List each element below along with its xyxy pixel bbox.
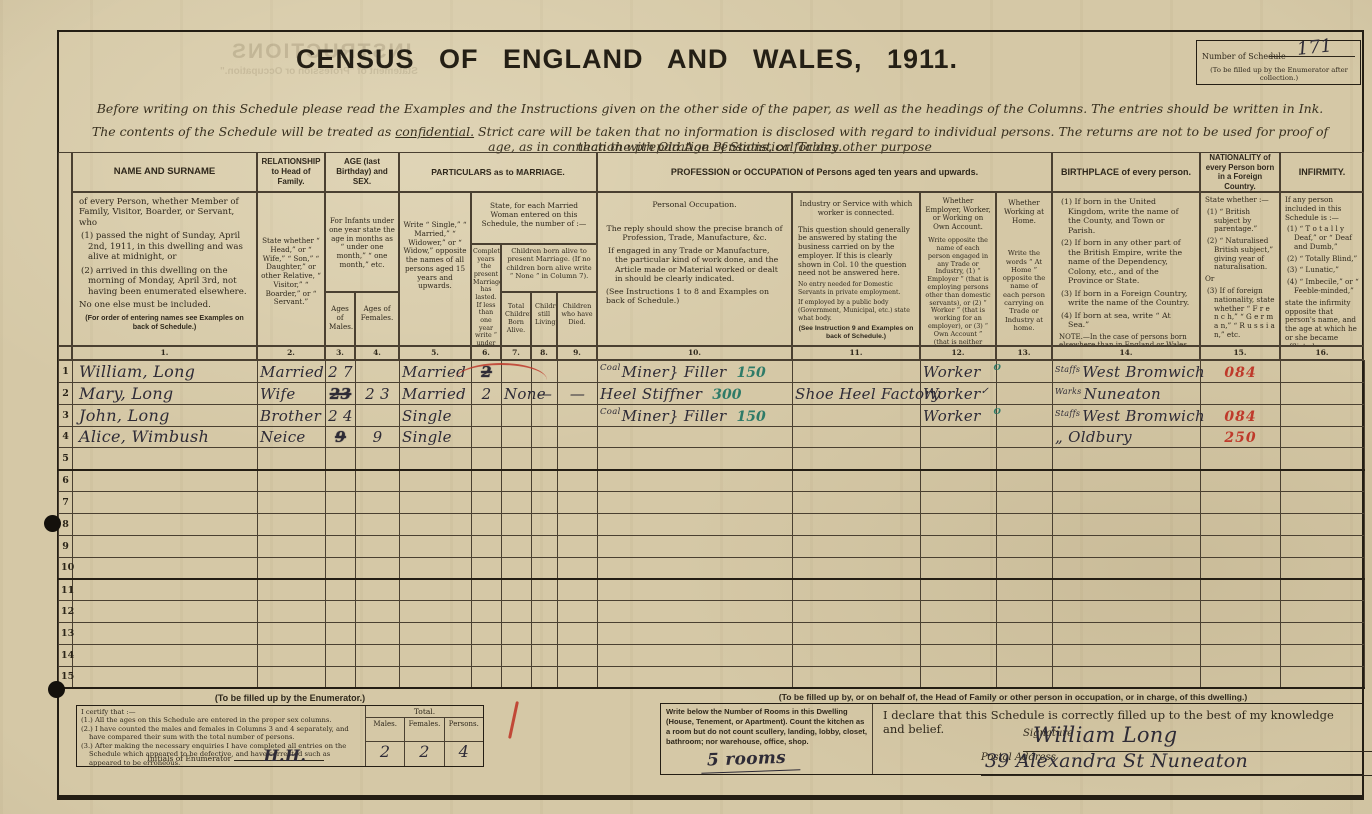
table-row: 1William, LongMarried2 7Married2CoalMine… xyxy=(59,361,1365,383)
cell-col-2 xyxy=(258,448,326,470)
table-row: 14 xyxy=(59,644,1365,666)
cell-col-8 xyxy=(532,404,558,426)
nationality-intro: State whether :— xyxy=(1205,196,1275,205)
cell-col-10 xyxy=(598,623,793,645)
occupation-subtitle: Personal Occupation. xyxy=(606,200,783,210)
cell-col-10 xyxy=(598,666,793,688)
cell-col-6 xyxy=(472,448,502,470)
cell-col-12 xyxy=(921,644,997,666)
infirmity-item1: (1) “ T o t a l l y Deaf,” or “ Deaf and… xyxy=(1285,225,1359,251)
cell-col-13 xyxy=(997,470,1053,492)
cell-col-5 xyxy=(400,623,472,645)
cell-col-16 xyxy=(1281,492,1365,514)
cell-col-9 xyxy=(558,601,598,623)
cell-col-12 xyxy=(921,492,997,514)
cell-col-9 xyxy=(558,448,598,470)
row-number: 13 xyxy=(59,623,73,645)
handwritten-entry: Married xyxy=(402,385,466,403)
handwritten-entry: O xyxy=(991,363,1001,373)
schedule-number-box: Number of Schedule 171 (To be filled up … xyxy=(1196,40,1361,85)
cell-col-14 xyxy=(1053,470,1201,492)
colnum-5: 5. xyxy=(399,346,471,360)
col-header-birthplace-title: BIRTHPLACE of every person. xyxy=(1052,152,1200,192)
cell-col-2 xyxy=(258,513,326,535)
cell-col-10: CoalMiner} Filler150 xyxy=(598,404,793,426)
cell-col-7 xyxy=(502,644,532,666)
cell-col-6 xyxy=(472,404,502,426)
infirmity-item2: (2) “ Totally Blind,” xyxy=(1285,255,1359,264)
cell-col-14 xyxy=(1053,557,1201,579)
handwritten-entry: Heel Stiffner xyxy=(600,385,702,403)
cell-col-15 xyxy=(1201,513,1281,535)
colnum-15: 15. xyxy=(1200,346,1280,360)
cell-col-1: Alice, Wimbush xyxy=(73,426,258,448)
col-desc-age: For Infants under one year state the age… xyxy=(325,192,399,292)
married-women-note: State, for each Married Woman entered on… xyxy=(471,192,597,244)
colnum-11: 11. xyxy=(792,346,920,360)
cell-col-8 xyxy=(532,601,558,623)
handwritten-entry: Worker xyxy=(923,407,981,425)
cell-col-4: 2 3 xyxy=(356,382,400,404)
cell-col-1 xyxy=(73,557,258,579)
handwritten-entry: Brother xyxy=(260,407,321,425)
cell-col-9 xyxy=(558,666,598,688)
cell-col-16 xyxy=(1281,666,1365,688)
col-desc-birthplace: (1) If born in the United Kingdom, write… xyxy=(1052,192,1200,346)
schedule-number-note: (To be filled up by the Enumerator after… xyxy=(1202,67,1356,83)
cell-col-7 xyxy=(502,666,532,688)
col-desc-industry: Industry or Service with which worker is… xyxy=(792,192,920,346)
cell-col-1 xyxy=(73,492,258,514)
cell-col-1: Mary, Long xyxy=(73,382,258,404)
industry-desc2: No entry needed for Domestic Servants in… xyxy=(798,281,914,296)
handwritten-entry: 250 xyxy=(1224,430,1256,446)
cell-col-2: Married xyxy=(258,361,326,383)
infirmity-item3: (3) “ Lunatic,” xyxy=(1285,266,1359,275)
colnum-7: 7. xyxy=(501,346,531,360)
cell-col-12 xyxy=(921,557,997,579)
cell-col-5 xyxy=(400,644,472,666)
handwritten-entry: Staffs xyxy=(1055,365,1080,374)
cell-col-9 xyxy=(558,470,598,492)
enumerator-totals: Total. Males. Females. Persons. 2 2 4 xyxy=(365,706,483,766)
cell-col-13 xyxy=(997,513,1053,535)
col-header-rownum xyxy=(58,152,72,346)
cell-col-8 xyxy=(532,623,558,645)
cell-col-8 xyxy=(532,513,558,535)
colnum-8: 8. xyxy=(531,346,557,360)
cell-col-6 xyxy=(472,644,502,666)
cell-col-3: 2 7 xyxy=(326,361,356,383)
handwritten-entry: Worker xyxy=(923,363,981,381)
cell-col-7 xyxy=(502,404,532,426)
cell-col-5 xyxy=(400,601,472,623)
birthplace-note: NOTE.—In the case of persons born elsewh… xyxy=(1059,333,1193,347)
rooms-cell: Write below the Number of Rooms in this … xyxy=(661,704,873,774)
cell-col-9 xyxy=(558,426,598,448)
col-desc-years-married: Completed years the present Marriage has… xyxy=(471,244,501,346)
handwritten-entry: Worker xyxy=(923,385,981,403)
handwritten-entry: 150 xyxy=(737,365,766,381)
cell-col-5 xyxy=(400,535,472,557)
initials-label: Initials of Enumerator xyxy=(147,754,231,763)
totals-value-females: 2 xyxy=(419,742,429,761)
handwritten-entry: Coal xyxy=(600,363,621,373)
certify-intro: I certify that :— xyxy=(81,708,361,716)
cell-col-10: Heel Stiffner300 xyxy=(598,382,793,404)
table-row: 3John, LongBrother2 4SingleCoalMiner} Fi… xyxy=(59,404,1365,426)
cell-col-8 xyxy=(532,426,558,448)
cell-col-13 xyxy=(997,382,1053,404)
initials-row: Initials of Enumerator H.H. xyxy=(147,754,359,763)
handwritten-entry: Alice, Wimbush xyxy=(75,427,209,446)
handwritten-entry: 23 xyxy=(330,385,351,403)
row-number: 7 xyxy=(59,492,73,514)
colnum-2: 2. xyxy=(257,346,325,360)
handwritten-entry: Coal xyxy=(600,407,621,417)
cell-col-8 xyxy=(532,448,558,470)
totals-value-persons: 4 xyxy=(459,742,469,761)
handwritten-entry: 084 xyxy=(1224,409,1256,425)
cell-col-1 xyxy=(73,579,258,601)
cell-col-14: StaffsWest Bromwich xyxy=(1053,361,1201,383)
cell-col-4 xyxy=(356,404,400,426)
cell-col-12 xyxy=(921,579,997,601)
cell-col-9: — xyxy=(558,382,598,404)
cell-col-6 xyxy=(472,426,502,448)
cell-col-3: 2 4 xyxy=(326,404,356,426)
cell-col-10 xyxy=(598,513,793,535)
colnum-12: 12. xyxy=(920,346,996,360)
cell-col-7 xyxy=(502,535,532,557)
cell-col-6 xyxy=(472,666,502,688)
cell-col-7 xyxy=(502,601,532,623)
totals-col-females: Females. xyxy=(405,718,444,742)
cell-col-3: 9 xyxy=(326,426,356,448)
cell-col-16 xyxy=(1281,448,1365,470)
cell-col-15 xyxy=(1201,644,1281,666)
cell-col-3 xyxy=(326,666,356,688)
cell-col-10: CoalMiner} Filler150 xyxy=(598,361,793,383)
cell-col-6: 2 xyxy=(472,382,502,404)
cell-col-15 xyxy=(1201,492,1281,514)
handwritten-entry: — xyxy=(570,385,585,403)
cell-col-10 xyxy=(598,601,793,623)
cell-col-9 xyxy=(558,361,598,383)
cell-col-1 xyxy=(73,644,258,666)
cell-col-10 xyxy=(598,426,793,448)
handwritten-entry: 9 xyxy=(335,428,346,446)
col-header-age-title: AGE (last Birthday) and SEX. xyxy=(325,152,399,192)
cell-col-10 xyxy=(598,492,793,514)
handwritten-entry: West Bromwich xyxy=(1082,407,1205,425)
cell-col-2 xyxy=(258,623,326,645)
cell-col-12 xyxy=(921,666,997,688)
cell-col-1 xyxy=(73,470,258,492)
cell-col-12 xyxy=(921,601,997,623)
cell-col-15: 084 xyxy=(1201,361,1281,383)
colnum-14: 14. xyxy=(1052,346,1200,360)
name-desc-note1: No one else must be included. xyxy=(79,300,250,310)
handwritten-entry: 2 7 xyxy=(328,363,353,381)
row-number: 11 xyxy=(59,579,73,601)
enumerator-box-title: (To be filled up by the Enumerator.) xyxy=(90,693,490,703)
cell-col-11 xyxy=(793,470,921,492)
cell-col-4 xyxy=(356,644,400,666)
cell-col-9 xyxy=(558,557,598,579)
cell-col-8 xyxy=(532,644,558,666)
cell-col-13 xyxy=(997,557,1053,579)
cell-col-6 xyxy=(472,601,502,623)
table-row: 9 xyxy=(59,535,1365,557)
cell-col-16 xyxy=(1281,361,1365,383)
cell-col-4 xyxy=(356,601,400,623)
cell-col-8 xyxy=(532,579,558,601)
nationality-item1: (1) “ British subject by parentage.” xyxy=(1205,208,1275,234)
table-row: 12 xyxy=(59,601,1365,623)
col-header-profession-title: PROFESSION or OCCUPATION of Persons aged… xyxy=(597,152,1052,192)
colnum-3: 3. xyxy=(325,346,355,360)
row-number: 5 xyxy=(59,448,73,470)
totals-value-males: 2 xyxy=(380,742,390,761)
col-desc-infirmity: If any person included in this Schedule … xyxy=(1280,192,1364,346)
handwritten-entry: ✓ xyxy=(981,386,990,397)
confidential-underlined: confidential. xyxy=(395,124,474,139)
row-number: 14 xyxy=(59,644,73,666)
cell-col-12: Worker✓ xyxy=(921,382,997,404)
address-row: Postal Address 39 Alexandra St Nuneaton xyxy=(981,752,1343,779)
col-subhead-children-died: Children who have Died. xyxy=(557,292,597,346)
table-row: 4Alice, WimbushNeice99Single„ Oldbury250 xyxy=(59,426,1365,448)
cell-col-16 xyxy=(1281,404,1365,426)
colnum-blank xyxy=(58,346,72,360)
handwritten-entry: Neice xyxy=(260,428,306,446)
colnum-16: 16. xyxy=(1280,346,1364,360)
cell-col-3 xyxy=(326,448,356,470)
cell-col-15: 084 xyxy=(1201,404,1281,426)
cell-col-14 xyxy=(1053,492,1201,514)
cell-col-7 xyxy=(502,470,532,492)
cell-col-15 xyxy=(1201,470,1281,492)
cell-col-1 xyxy=(73,535,258,557)
cell-col-5: Single xyxy=(400,404,472,426)
declaration-box: Write below the Number of Rooms in this … xyxy=(660,703,1364,775)
cell-col-4 xyxy=(356,448,400,470)
infirmity-item4: (4) “ Imbecile,” or “ Feeble-minded,” xyxy=(1285,278,1359,296)
cell-col-8 xyxy=(532,492,558,514)
industry-subtitle: Industry or Service with which worker is… xyxy=(798,200,914,218)
punch-hole xyxy=(44,515,61,532)
cell-col-10 xyxy=(598,579,793,601)
cell-col-5 xyxy=(400,448,472,470)
cell-col-9 xyxy=(558,492,598,514)
cell-col-15 xyxy=(1201,382,1281,404)
cell-col-3 xyxy=(326,579,356,601)
cell-col-5 xyxy=(400,579,472,601)
row-number: 6 xyxy=(59,470,73,492)
col-subhead-ages-males: Ages of Males. xyxy=(325,292,355,346)
cell-col-11 xyxy=(793,404,921,426)
cell-col-2: Neice xyxy=(258,426,326,448)
instruction-line-1: Before writing on this Schedule please r… xyxy=(80,101,1340,116)
cell-col-11 xyxy=(793,666,921,688)
cell-col-10 xyxy=(598,535,793,557)
cell-col-3 xyxy=(326,535,356,557)
employment-desc: Write opposite the name of each person e… xyxy=(925,237,991,346)
occupation-desc3: (See Instructions 1 to 8 and Examples on… xyxy=(606,287,783,306)
col-desc-single-married: Write “ Single,” “ Married,” “ Widower,”… xyxy=(399,192,471,346)
cell-col-1: John, Long xyxy=(73,404,258,426)
enumerator-box: I certify that :— (1.) All the ages on t… xyxy=(76,705,484,767)
cell-col-5: Single xyxy=(400,426,472,448)
address-value: 39 Alexandra St Nuneaton xyxy=(985,750,1248,772)
nationality-item3: (3) If of foreign nationality, state whe… xyxy=(1205,287,1275,340)
industry-desc4: (See Instruction 9 and Examples on back … xyxy=(798,325,914,342)
name-desc-intro: of every Person, whether Member of Famil… xyxy=(79,197,250,228)
cell-col-14 xyxy=(1053,513,1201,535)
cell-col-12: Worker O xyxy=(921,361,997,383)
totals-title: Total. xyxy=(366,706,483,718)
birthplace-item4: (4) If born at sea, write “ At Sea.” xyxy=(1059,311,1193,330)
colnum-1: 1. xyxy=(72,346,257,360)
cell-col-3 xyxy=(326,557,356,579)
cell-col-7 xyxy=(502,448,532,470)
cell-col-7 xyxy=(502,557,532,579)
cell-col-5 xyxy=(400,557,472,579)
cell-col-15 xyxy=(1201,535,1281,557)
cell-col-13 xyxy=(997,448,1053,470)
page-title: CENSUS OF ENGLAND AND WALES, 1911. xyxy=(57,44,1197,75)
col-header-nationality-title: NATIONALITY of every Person born in a Fo… xyxy=(1200,152,1280,192)
handwritten-entry: Warks xyxy=(1055,387,1082,396)
cell-col-11 xyxy=(793,579,921,601)
handwritten-entry: Married xyxy=(260,363,324,381)
cell-col-1 xyxy=(73,513,258,535)
cell-col-4 xyxy=(356,579,400,601)
infirmity-outro: state the infirmity opposite that person… xyxy=(1285,299,1359,346)
cell-col-16 xyxy=(1281,557,1365,579)
cell-col-12 xyxy=(921,448,997,470)
cell-col-14 xyxy=(1053,623,1201,645)
handwritten-entry: 2 xyxy=(482,385,492,403)
birthplace-item2: (2) If born in any other part of the Bri… xyxy=(1059,238,1193,286)
cell-col-16 xyxy=(1281,644,1365,666)
handwritten-entry: William, Long xyxy=(75,362,195,381)
cell-col-16 xyxy=(1281,579,1365,601)
cell-col-3 xyxy=(326,644,356,666)
cell-col-4 xyxy=(356,535,400,557)
cell-col-11 xyxy=(793,492,921,514)
row-number: 9 xyxy=(59,535,73,557)
handwritten-entry: John, Long xyxy=(75,406,170,425)
cell-col-9 xyxy=(558,535,598,557)
cell-col-7 xyxy=(502,492,532,514)
cell-col-14 xyxy=(1053,644,1201,666)
table-row: 10 xyxy=(59,557,1365,579)
handwritten-entry: 150 xyxy=(737,409,766,425)
handwritten-entry: Oldbury xyxy=(1068,428,1132,446)
punch-hole xyxy=(48,681,65,698)
col-subhead-children-born: Total Children Born Alive. xyxy=(501,292,531,346)
col-desc-occupation: Personal Occupation. The reply should sh… xyxy=(597,192,792,346)
occupation-desc2: If engaged in any Trade or Manufacture, … xyxy=(606,246,783,284)
colnum-10: 10. xyxy=(597,346,792,360)
cell-col-14 xyxy=(1053,666,1201,688)
rooms-instruction: Write below the Number of Rooms in this … xyxy=(666,707,867,746)
cell-col-4 xyxy=(356,666,400,688)
cell-col-14 xyxy=(1053,579,1201,601)
row-number: 1 xyxy=(59,361,73,383)
schedule-table: 1William, LongMarried2 7Married2CoalMine… xyxy=(58,360,1365,689)
declaration-cell: I declare that this Schedule is correctl… xyxy=(873,704,1363,774)
industry-desc1: This question should generally be answer… xyxy=(798,226,914,279)
table-row: 8 xyxy=(59,513,1365,535)
cell-col-12 xyxy=(921,470,997,492)
cell-col-6 xyxy=(472,557,502,579)
cell-col-10 xyxy=(598,557,793,579)
cell-col-4 xyxy=(356,557,400,579)
cell-col-4 xyxy=(356,513,400,535)
table-row: 13 xyxy=(59,623,1365,645)
cell-col-9 xyxy=(558,404,598,426)
cell-col-11 xyxy=(793,557,921,579)
col-subhead-children-living: Children still Living. xyxy=(531,292,557,346)
cell-col-13 xyxy=(997,535,1053,557)
row-number: 3 xyxy=(59,404,73,426)
nationality-or: Or xyxy=(1205,275,1275,284)
cell-col-4 xyxy=(356,470,400,492)
cell-col-14 xyxy=(1053,601,1201,623)
row-number: 10 xyxy=(59,557,73,579)
cell-col-7 xyxy=(502,579,532,601)
cell-col-14: StaffsWest Bromwich xyxy=(1053,404,1201,426)
cell-col-1 xyxy=(73,601,258,623)
name-desc-item1: (1) passed the night of Sunday, April 2n… xyxy=(79,231,250,262)
row-number: 2 xyxy=(59,382,73,404)
cell-col-11 xyxy=(793,448,921,470)
table-row: 11 xyxy=(59,579,1365,601)
cell-col-8 xyxy=(532,666,558,688)
col-desc-name: of every Person, whether Member of Famil… xyxy=(72,192,257,346)
handwritten-entry: „ xyxy=(1055,428,1068,446)
cell-col-11 xyxy=(793,623,921,645)
cell-col-2 xyxy=(258,492,326,514)
table-header: NAME AND SURNAME RELATIONSHIP to Head of… xyxy=(58,152,1364,360)
cell-col-16 xyxy=(1281,601,1365,623)
cell-col-12 xyxy=(921,513,997,535)
cell-col-13 xyxy=(997,623,1053,645)
at-home-subtitle: Whether Working at Home. xyxy=(1001,199,1047,225)
cell-col-2 xyxy=(258,535,326,557)
cell-col-7 xyxy=(502,426,532,448)
cell-col-2 xyxy=(258,644,326,666)
cell-col-16 xyxy=(1281,623,1365,645)
signature-value: William Long xyxy=(1033,723,1177,747)
enumerator-certification: I certify that :— (1.) All the ages on t… xyxy=(77,706,365,766)
industry-desc3: If employed by a public body (Government… xyxy=(798,299,914,322)
cell-col-9 xyxy=(558,513,598,535)
cell-col-1 xyxy=(73,448,258,470)
cell-col-7: None xyxy=(502,382,532,404)
cell-col-11 xyxy=(793,426,921,448)
cell-col-12 xyxy=(921,535,997,557)
handwritten-entry: 9 xyxy=(373,428,383,446)
cell-col-6 xyxy=(472,513,502,535)
cell-col-13 xyxy=(997,666,1053,688)
cell-col-15 xyxy=(1201,448,1281,470)
confidential-pre: The contents of the Schedule will be tre… xyxy=(92,124,395,139)
birthplace-item1: (1) If born in the United Kingdom, write… xyxy=(1059,197,1193,235)
